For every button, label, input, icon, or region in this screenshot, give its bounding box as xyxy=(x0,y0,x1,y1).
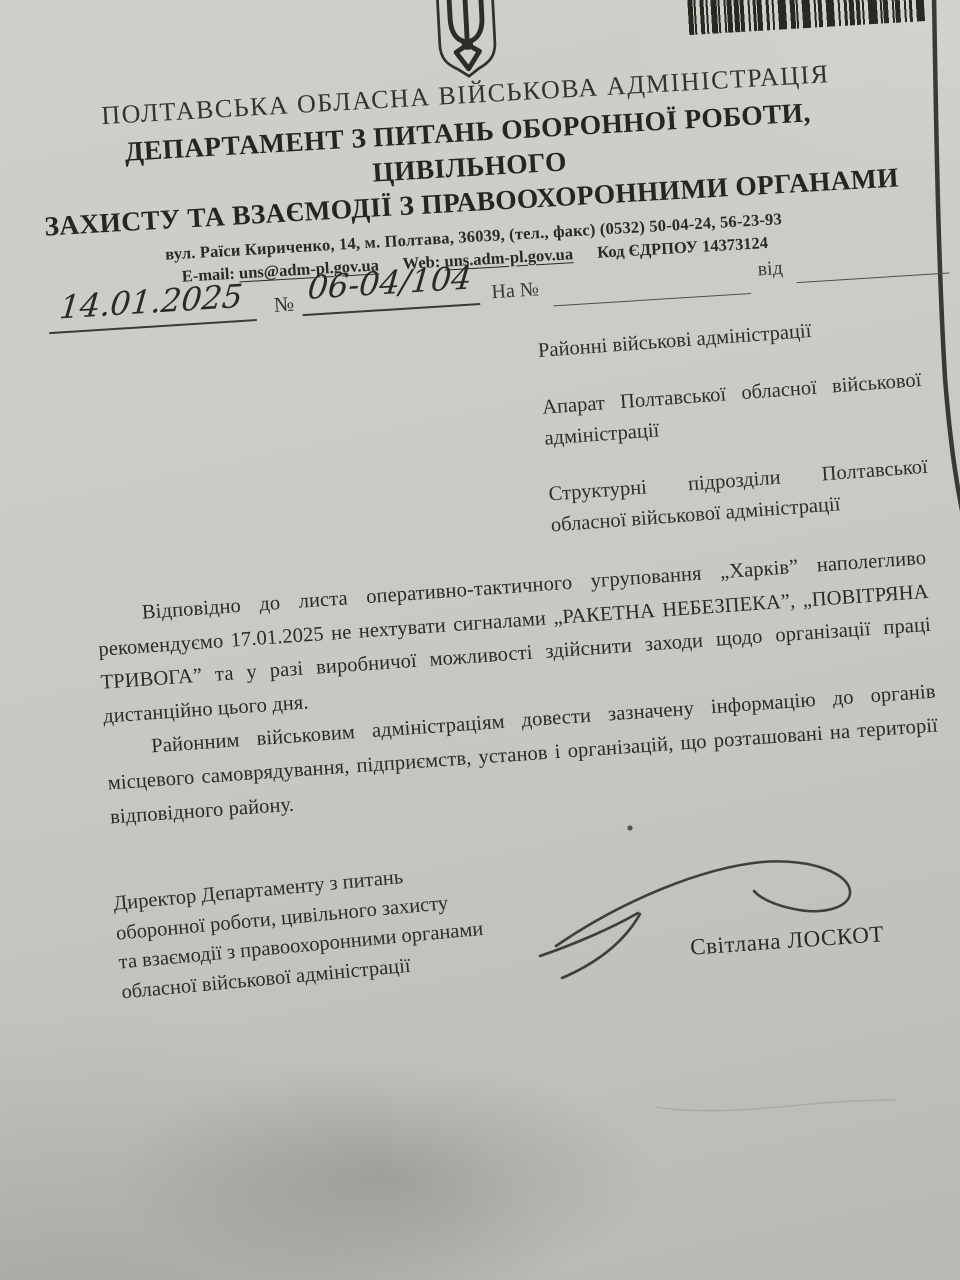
barcode xyxy=(687,0,925,35)
signer-title: Директор Департаменту з питань оборонної… xyxy=(112,845,603,1008)
handwritten-outgoing-number: 06-04/104 xyxy=(300,258,481,316)
document-photo: ПОЛТАВСЬКА ОБЛАСНА ВІЙСЬКОВА АДМІНІСТРАЦ… xyxy=(0,0,960,1280)
recipient-item: Апарат Полтавської обласної військової а… xyxy=(541,365,924,454)
handwritten-date: 14.01.2025 xyxy=(46,276,256,334)
recipients-block: Районні військові адміністрації Апарат П… xyxy=(537,308,933,567)
vid-blank-line xyxy=(797,272,950,283)
recipient-item: Структурні підрозділи Полтавської обласн… xyxy=(548,452,931,541)
vid-label: від xyxy=(757,257,784,282)
ink-dot xyxy=(627,825,632,830)
na-no-label: На № xyxy=(491,278,540,304)
na-no-blank-line xyxy=(553,293,751,306)
signer-name: Світлана ЛОСКОТ xyxy=(689,921,885,960)
number-sign: № xyxy=(273,292,295,318)
letter-body: Відповідно до листа оперативно-тактичног… xyxy=(95,542,941,835)
